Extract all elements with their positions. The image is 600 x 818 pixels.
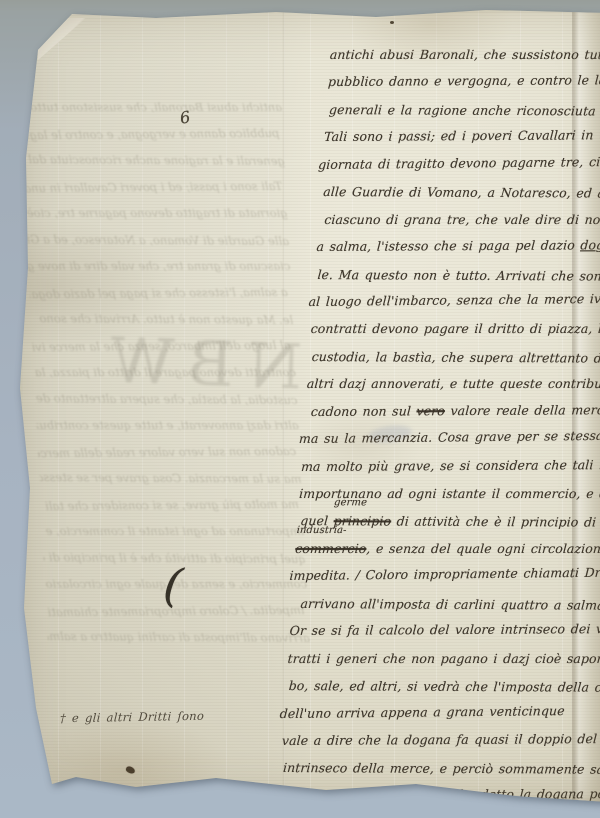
manuscript-segment: generali e la ragione anche riconosciuta… [329,102,600,119]
manuscript-line: giornata di tragitto devono pagarne tre,… [317,147,600,178]
bleedthrough-line: a salma, l'istesso che si paga pel dazio… [25,278,288,307]
bleedthrough-line: cadono non sul vero valore reale della m… [33,437,296,466]
bleedthrough-line: ciascuno di grana tre, che vale dire di … [28,253,291,280]
manuscript-line: Tali sono i passi; ed i poveri Cavallari… [323,121,600,150]
manuscript-line: contratti devono pagare il dritto di pia… [310,315,600,342]
manuscript-line: tratti i generi che non pagano i dazj ci… [287,645,600,672]
bleedthrough-line: arrivano all'imposta di carlini quattro … [47,623,310,651]
manuscript-line: ma su la mercanzia. Cosa grave per se st… [298,422,600,453]
bleedthrough-line: pubblico danno e vergogna, e contro le l… [19,119,280,148]
manuscript-line: antichi abusi Baronali, che sussistono t… [329,41,600,68]
ink-blot [125,765,136,774]
manuscript-segment: Or se si fa il calcolo del valore intrin… [289,621,600,638]
manuscript-segment: a salma, l'istesso che si paga pel dazio [316,237,581,254]
manuscript-line: dell'uno arriva appena a grana venticinq… [279,696,600,727]
manuscript-line: custodia, la bastìa, che supera altretta… [311,343,600,372]
manuscript-segment: pubblico danno e vergogna, e contro le l… [328,72,600,89]
manuscript-segment: ciascuno di grana tre, che vale dire di … [324,212,600,227]
manuscript-segment: impedita. / Coloro impropriamente chiama… [289,565,600,583]
manuscript-segment: arrivano all'imposta di carlini quattro … [300,596,600,613]
manuscript-segment: valore reale della merce [445,402,600,418]
manuscript-segment: , e senza del quale ogni circolazione ri… [366,541,600,556]
manuscript-segment-strike: commercio [295,541,367,556]
inserted-correction-word: industria- [296,526,347,536]
manuscript-segment: le. Ma questo non è tutto. Arrivati che … [317,267,600,284]
document-photo: { "document": { "kind": "18th-century It… [0,0,600,818]
manuscript-lines: antichi abusi Baronali, che sussistono t… [277,41,600,809]
manuscript-line: altri dazj annoverati, e tutte queste co… [306,370,600,397]
manuscript-line: Or se si fa il calcolo del valore intrin… [289,615,600,644]
manuscript-line: ciascuno di grana tre, che vale dire di … [323,206,600,233]
manuscript-segment: altri dazj annoverati, e tutte queste co… [306,376,600,391]
manuscript-line: cadono non sul vero valore reale della m… [310,396,600,425]
bleedthrough-line: importunano ad ogni istante il commercio… [42,518,305,545]
bleedthrough-line: custodia, la bastìa, che supera altretta… [35,385,298,413]
manuscript-segment: al luogo dell'imbarco, senza che la merc… [308,291,600,309]
manuscript-segment: custodia, la bastìa, che supera altretta… [311,349,600,366]
manuscript-line: al luogo dell'imbarco, senza che la merc… [308,285,600,316]
manuscript-segment: contratti devono pagare il dritto di pia… [310,321,600,336]
manuscript-line: intrinseco della merce, e perciò sommame… [282,754,600,783]
bleedthrough-line: antichi abusi Baronali, che sussistono t… [19,94,282,121]
footnote-text: † e gli altri Dritti ſono [60,709,205,726]
manuscript-line: pubblico danno e vergogna, e contro le l… [327,66,600,95]
manuscript-segment: ma su la mercanzia. Cosa grave per se st… [299,428,600,446]
paper-sheet-wrapper: NBW antichi abusi Baronali, che sussisto… [0,0,600,818]
bleedthrough-line: al luogo dell'imbarco, senza che la merc… [28,331,291,360]
folded-corner [38,18,86,60]
manuscript-segment: bo, sale, ed altri, si vedrà che l'impos… [288,678,600,695]
bleedthrough-line: alle Guardie di Vomano, a Notaresco, ed … [26,226,289,254]
bleedthrough-line: giornata di tragitto devono pagarne tre,… [25,200,288,227]
bleedthrough-line: altri dazj annoverati, e tutte queste co… [36,412,299,439]
manuscript-segment: tratti i generi che non pagano i dazj ci… [287,651,600,666]
manuscript-line: di rigirarsi, giacchè come ho detto la d… [283,780,600,809]
manuscript-line: a salma, l'istesso che si paga pel dazio… [316,231,600,260]
manuscript-line: alle Guardie di Vomano, a Notaresco, ed … [322,178,600,207]
manuscript-line: industria-commercio, e senza del quale o… [294,535,600,562]
manuscript-segment-strike: vero [416,403,445,418]
bleedthrough-line: Tali sono i passi; ed i poveri Cavallari… [19,172,282,201]
manuscript-segment: vale a dire che la dogana fa quasi il do… [281,731,600,748]
manuscript-segment: dell'uno arriva appena a grana venticinq… [279,703,565,721]
bleedthrough-line: contratti devono pagare il dritto di pia… [33,359,296,386]
manuscript-segment: intrinseco della merce, e perciò sommame… [282,760,600,777]
manuscript-line: impedita. / Coloro impropriamente chiama… [289,559,600,590]
manuscript-segment: cadono non sul [310,403,417,419]
bleedthrough-line: ma su la mercanzia. Cosa grave per se st… [39,464,302,492]
inserted-correction-word: germe [334,499,368,509]
paper-sheet: NBW antichi abusi Baronali, che sussisto… [16,8,600,802]
manuscript-line: vale a dire che la dogana fa quasi il do… [281,725,600,754]
bleedthrough-line: generali e la ragione anche riconosciuta… [22,146,285,174]
manuscript-segment: di rigirarsi, giacchè come ho detto la d… [284,785,600,802]
manuscript-segment: Tali sono i passi; ed i poveri Cavallari… [324,127,600,144]
manuscript-line: ma molto più grave, se si considera che … [300,451,600,480]
bleedthrough-line: le. Ma questo non è tutto. Arrivati che … [30,305,293,333]
manuscript-segment: ma molto più grave, se si considera che … [301,457,600,474]
manuscript-segment: antichi abusi Baronali, che sussistono t… [329,47,600,62]
bleedthrough-line: ma molto più grave, se si considera che … [36,490,299,519]
manuscript-segment: alle Guardie di Vomano, a Notaresco, ed … [323,184,600,201]
manuscript-segment: giornata di tragitto devono pagarne tre,… [318,154,600,172]
ink-speck [390,21,394,24]
manuscript-segment: di attività che è il principio di ogni [391,514,600,530]
manuscript-segment-underline: dogana- [580,237,600,252]
